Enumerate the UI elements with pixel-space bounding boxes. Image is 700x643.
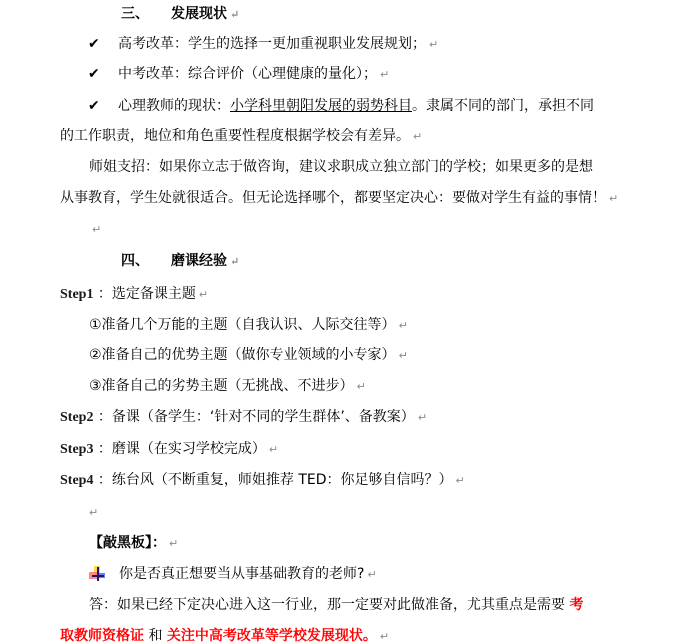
bullet-item: ✔中考改革：综合评价（心理健康的量化）；↵ [88,65,389,83]
sub-item: ②准备自己的优势主题（做你专业领域的小专家）↵ [89,346,408,364]
answer-text: 答：如果已经下定决心进入这一行业，那一定要对此做准备，尤其重点是需要 [89,597,565,613]
paragraph-mark: ↵ [89,506,98,519]
question-text: 你是否真正想要当从事基础教育的老师? [119,566,364,582]
paragraph-mark: ↵ [357,380,366,393]
continuation-line: 的工作职责，地位和角色重要性程度根据学校会有差异。 [60,128,410,144]
paragraph-mark: ↵ [609,192,618,205]
advice-text: 师姐支招：如果你立志于做咨询，建议求职成立独立部门的学校；如果更多的是想 [89,159,593,175]
paragraph-mark: ↵ [429,38,438,51]
paragraph-mark: ↵ [380,68,389,81]
sub-item-text: ②准备自己的优势主题（做你专业领域的小专家） [89,347,396,363]
paragraph-mark: ↵ [199,288,208,301]
bullet-item: ✔高考改革：学生的选择一更加重视职业发展规划；↵ [88,35,438,53]
paragraph-mark: ↵ [399,349,408,362]
paragraph-mark: ↵ [380,630,389,643]
empty-paragraph: ↵ [89,220,101,238]
checkmark-icon: ✔ [88,35,118,53]
step-text: ：练台风（不断重复，师姐推荐 TED：你足够自信吗？） [98,472,453,488]
sub-item-text: ①准备几个万能的主题（自我认识、人际交往等） [89,317,396,333]
paragraph-mark: ↵ [230,8,239,21]
paragraph-mark: ↵ [169,537,178,550]
paragraph-mark: ↵ [367,568,376,581]
step-3: Step3 ：磨课（在实习学校完成）↵ [60,440,278,458]
step-1: Step1 ：选定备课主题↵ [60,285,208,303]
paragraph-mark: ↵ [399,319,408,332]
conjunction-text: 和 [148,628,162,643]
paragraph-mark: ↵ [92,223,101,236]
paragraph-mark: ↵ [418,411,427,424]
continuation-text: 的工作职责，地位和角色重要性程度根据学校会有差异。↵ [60,127,422,145]
section-heading-3: 三、发展现状↵ [121,5,239,23]
sub-item: ①准备几个万能的主题（自我认识、人际交往等）↵ [89,316,408,334]
step-text: ：备课（备学生：‘针对不同的学生群体’、备教案） [98,409,415,425]
highlight-text: 取教师资格证 [60,628,144,643]
paragraph-mark: ↵ [413,130,422,143]
answer-line-2: 取教师资格证 和 关注中高考改革等学校发展现状。↵ [60,627,389,643]
bullet-text: 高考改革：学生的选择一更加重视职业发展规划； [118,36,426,52]
sub-item: ③准备自己的劣势主题（无挑战、不进步）↵ [89,377,366,395]
checkmark-icon: ✔ [88,65,118,83]
question-item: 你是否真正想要当从事基础教育的老师?↵ [89,565,377,583]
step-2: Step2 ：备课（备学生：‘针对不同的学生群体’、备教案）↵ [60,408,427,426]
section-title: 发展现状 [171,6,227,22]
bullet-text: 中考改革：综合评价（心理健康的量化）； [118,66,377,82]
advice-line-2: 从事教育，学生处就很适合。但无论选择哪个，都要坚定决心：要做对学生有益的事情！↵ [60,189,618,207]
answer-line-1: 答：如果已经下定决心进入这一行业，那一定要对此做准备，尤其重点是需要 考 [89,596,583,614]
advice-line-1: 师姐支招：如果你立志于做咨询，建议求职成立独立部门的学校；如果更多的是想 [89,158,593,176]
sub-item-text: ③准备自己的劣势主题（无挑战、不进步） [89,378,354,394]
step-label: Step3 [60,442,93,457]
empty-paragraph: ↵ [86,503,98,521]
step-label: Step1 [60,287,93,302]
blackboard-label: 【敲黑板】： [89,535,166,551]
section-title: 磨课经验 [171,253,227,269]
bullet-suffix: 。隶属不同的部门，承担不同 [412,98,594,114]
step-4: Step4 ：练台风（不断重复，师姐推荐 TED：你足够自信吗？）↵ [60,471,465,489]
highlight-text: 关注中高考改革等学校发展现状。 [167,628,377,643]
bullet-item: ✔心理教师的现状：小学科里朝阳发展的弱势科目。隶属不同的部门，承担不同 [88,97,594,115]
advice-text: 从事教育，学生处就很适合。但无论选择哪个，都要坚定决心：要做对学生有益的事情！ [60,190,606,206]
checkmark-icon: ✔ [88,97,118,115]
paragraph-mark: ↵ [269,443,278,456]
section-heading-4: 四、磨课经验↵ [121,252,239,270]
pushpin-bullet-icon [89,566,107,582]
step-label: Step2 [60,410,93,425]
highlight-text: 考 [569,597,583,613]
step-label: Step4 [60,473,93,488]
step-text: ：选定备课主题 [98,286,196,302]
bullet-prefix: 心理教师的现状： [118,98,230,114]
blackboard-title: 【敲黑板】：↵ [89,534,178,552]
step-text: ：磨课（在实习学校完成） [98,441,266,457]
section-number: 三、 [121,5,171,23]
paragraph-mark: ↵ [230,255,239,268]
section-number: 四、 [121,252,171,270]
underlined-text: 小学科里朝阳发展的弱势科目 [230,98,412,114]
paragraph-mark: ↵ [456,474,465,487]
